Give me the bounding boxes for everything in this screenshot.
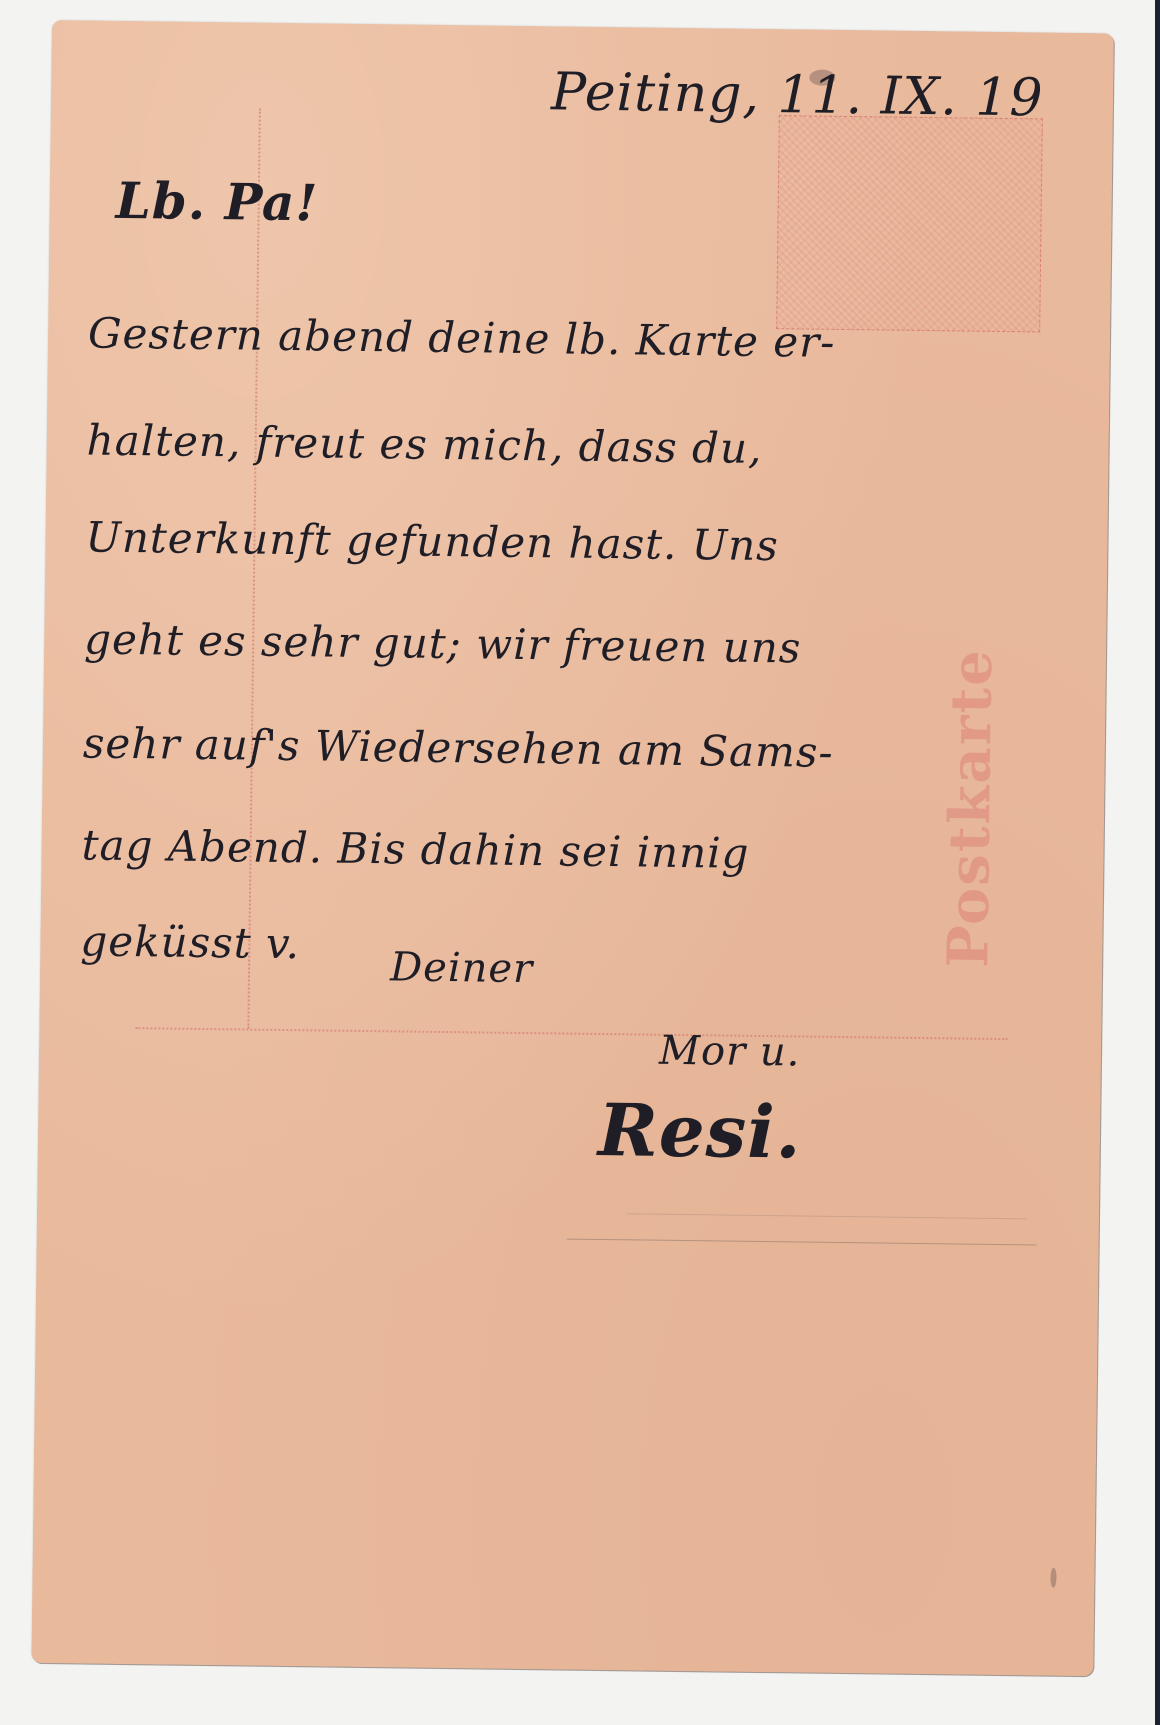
place-date: Peiting, 11. IX. 19 [551, 62, 1044, 128]
ink-speck [1050, 1568, 1056, 1588]
pencil-line [627, 1213, 1027, 1219]
body-line: halten, freut es mich, dass du, [86, 415, 762, 472]
pencil-line [567, 1239, 1037, 1246]
printed-postkarte-text: Postkarte [928, 707, 1011, 968]
body-line: geküsst v. [80, 916, 300, 968]
scanner-edge [1155, 0, 1160, 1725]
body-line: Gestern abend deine lb. Karte er- [88, 308, 836, 366]
body-line: tag Abend. Bis dahin sei innig [81, 820, 749, 877]
printed-divider-vertical [247, 109, 261, 1029]
body-line: sehr auf's Wiedersehen am Sams- [83, 718, 834, 776]
printed-divider-horizontal [135, 1027, 1007, 1040]
signature: Resi. [598, 1087, 803, 1175]
greeting: Lb. Pa! [115, 171, 318, 233]
body-line: geht es sehr gut; wir freuen uns [84, 614, 802, 672]
closing: Deiner [390, 944, 534, 992]
stamp-imprint [776, 115, 1043, 332]
body-line: Unterkunft gefunden hast. Uns [85, 512, 779, 570]
sender-line: Mor u. [659, 1028, 801, 1076]
postcard: Postkarte Peiting, 11. IX. 19 Lb. Pa! Ge… [31, 20, 1114, 1676]
